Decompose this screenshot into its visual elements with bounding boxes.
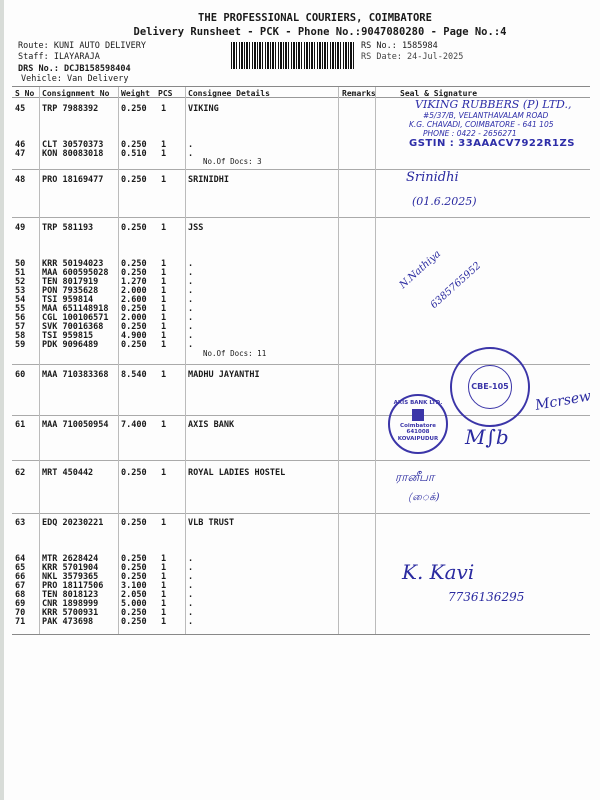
row-cno: MAA 710383368 bbox=[42, 370, 109, 380]
row-wt: 0.250 bbox=[121, 340, 147, 350]
rs-date: RS Date: 24-Jul-2025 bbox=[361, 52, 463, 62]
row-consignee: . bbox=[188, 340, 193, 350]
phone-jss: 6385765952 bbox=[429, 260, 484, 311]
row-cno: MAA 710050954 bbox=[42, 420, 109, 430]
row-sno: 61 bbox=[15, 420, 25, 430]
col-header-pcs: PCS bbox=[158, 89, 172, 98]
row-cno: TRP 7988392 bbox=[42, 104, 98, 114]
row-consignee: VLB TRUST bbox=[188, 518, 234, 528]
row-consignee: . bbox=[188, 149, 193, 159]
row-sno: 62 bbox=[15, 468, 25, 478]
route-label: Route: KUNI AUTO DELIVERY bbox=[18, 41, 146, 51]
docs-count: No.Of Docs: 11 bbox=[203, 349, 266, 358]
row-sno: 48 bbox=[15, 175, 25, 185]
row-cno: KON 80083018 bbox=[42, 149, 103, 159]
row-consignee: . bbox=[188, 617, 193, 627]
row-consignee: MADHU JAYANTHI bbox=[188, 370, 260, 380]
row-wt: 0.250 bbox=[121, 518, 147, 528]
stamp-line: VIKING RUBBERS (P) LTD., bbox=[415, 98, 595, 111]
row-wt: 0.250 bbox=[121, 104, 147, 114]
signature-note: (01.6.2025) bbox=[412, 195, 477, 208]
row-pcs: 1 bbox=[161, 617, 166, 627]
row-pcs: 1 bbox=[161, 340, 166, 350]
signature-royal-note: (ைக்) bbox=[408, 492, 440, 504]
drs-number: DRS No.: DCJB158598404 bbox=[18, 64, 131, 74]
staff-label: Staff: ILAYARAJA bbox=[18, 52, 100, 62]
scan-edge bbox=[0, 0, 4, 800]
row-sno: 49 bbox=[15, 223, 25, 233]
signature-srinidhi: Srinidhi bbox=[406, 170, 459, 185]
row-consignee: SRINIDHI bbox=[188, 175, 229, 185]
col-header-consignee: Consignee Details bbox=[188, 89, 270, 98]
row-wt: 0.250 bbox=[121, 223, 147, 233]
stamp-text: Coimbatore 641008 bbox=[390, 423, 446, 435]
row-pcs: 1 bbox=[161, 518, 166, 528]
row-consignee: VIKING bbox=[188, 104, 219, 114]
row-pcs: 1 bbox=[161, 104, 166, 114]
row-cno: TRP 581193 bbox=[42, 223, 93, 233]
col-header-consignment: Consignment No bbox=[42, 89, 109, 98]
col-header-sno: S No bbox=[15, 89, 34, 98]
row-cno: EDQ 20230221 bbox=[42, 518, 103, 528]
col-header-seal-signature: Seal & Signature bbox=[400, 89, 477, 98]
phone-vlb: 7736136295 bbox=[448, 590, 524, 604]
col-header-remarks: Remarks bbox=[342, 89, 376, 98]
row-wt: 0.510 bbox=[121, 149, 147, 159]
row-sno: 45 bbox=[15, 104, 25, 114]
row-pcs: 1 bbox=[161, 420, 166, 430]
stamp-line: PHONE : 0422 - 2656271 bbox=[423, 129, 595, 138]
axis-logo-icon bbox=[412, 409, 424, 421]
row-sno: 47 bbox=[15, 149, 25, 159]
stamp-line: #5/37/B, VELANTHAVALAM ROAD bbox=[423, 111, 595, 120]
row-pcs: 1 bbox=[161, 468, 166, 478]
row-wt: 0.250 bbox=[121, 617, 147, 627]
stamp-text: AXIS BANK LTD. bbox=[390, 400, 446, 406]
row-cno: MRT 450442 bbox=[42, 468, 93, 478]
row-sno: 60 bbox=[15, 370, 25, 380]
row-cno: PDK 9096489 bbox=[42, 340, 98, 350]
stamp-line: GSTIN : 33AAACV7922R1ZS bbox=[409, 138, 595, 149]
viking-rubbers-stamp: VIKING RUBBERS (P) LTD., #5/37/B, VELANT… bbox=[395, 98, 595, 149]
col-header-weight: Weight bbox=[121, 89, 150, 98]
docs-count: No.Of Docs: 3 bbox=[203, 157, 262, 166]
row-pcs: 1 bbox=[161, 175, 166, 185]
row-consignee: JSS bbox=[188, 223, 203, 233]
row-sno: 59 bbox=[15, 340, 25, 350]
signature-madhu: Mcrsew bbox=[534, 388, 592, 414]
row-pcs: 1 bbox=[161, 149, 166, 159]
row-consignee: ROYAL LADIES HOSTEL bbox=[188, 468, 285, 478]
row-wt: 0.250 bbox=[121, 468, 147, 478]
axis-bank-stamp: AXIS BANK LTD. Coimbatore 641008 KOVAIPU… bbox=[388, 394, 448, 454]
row-pcs: 1 bbox=[161, 223, 166, 233]
row-sno: 63 bbox=[15, 518, 25, 528]
signature-jss: N.Nathiya bbox=[398, 249, 443, 291]
row-wt: 7.400 bbox=[121, 420, 147, 430]
row-cno: PRO 18169477 bbox=[42, 175, 103, 185]
stamp-text: KOVAIPUDUR bbox=[390, 436, 446, 442]
row-cno: PAK 473698 bbox=[42, 617, 93, 627]
signature-vlb: K. Kavi bbox=[402, 560, 474, 584]
signature-axis: M∫b bbox=[465, 425, 509, 449]
runsheet-subtitle: Delivery Runsheet - PCK - Phone No.:9047… bbox=[20, 26, 600, 38]
stamp-center-text: CBE-105 bbox=[468, 365, 512, 409]
row-consignee: AXIS BANK bbox=[188, 420, 234, 430]
vehicle-label: Vehicle: Van Delivery bbox=[21, 74, 128, 84]
row-wt: 8.540 bbox=[121, 370, 147, 380]
madhu-jayanthi-stamp: CBE-105 bbox=[450, 347, 530, 427]
row-pcs: 1 bbox=[161, 370, 166, 380]
rs-number: RS No.: 1585984 bbox=[361, 41, 438, 51]
stamp-line: K.G. CHAVADI, COIMBATORE - 641 105 bbox=[409, 120, 595, 129]
barcode bbox=[231, 42, 354, 69]
company-title: THE PROFESSIONAL COURIERS, COIMBATORE bbox=[15, 12, 600, 24]
signature-royal: ரானீபா bbox=[395, 470, 434, 486]
row-wt: 0.250 bbox=[121, 175, 147, 185]
row-sno: 71 bbox=[15, 617, 25, 627]
